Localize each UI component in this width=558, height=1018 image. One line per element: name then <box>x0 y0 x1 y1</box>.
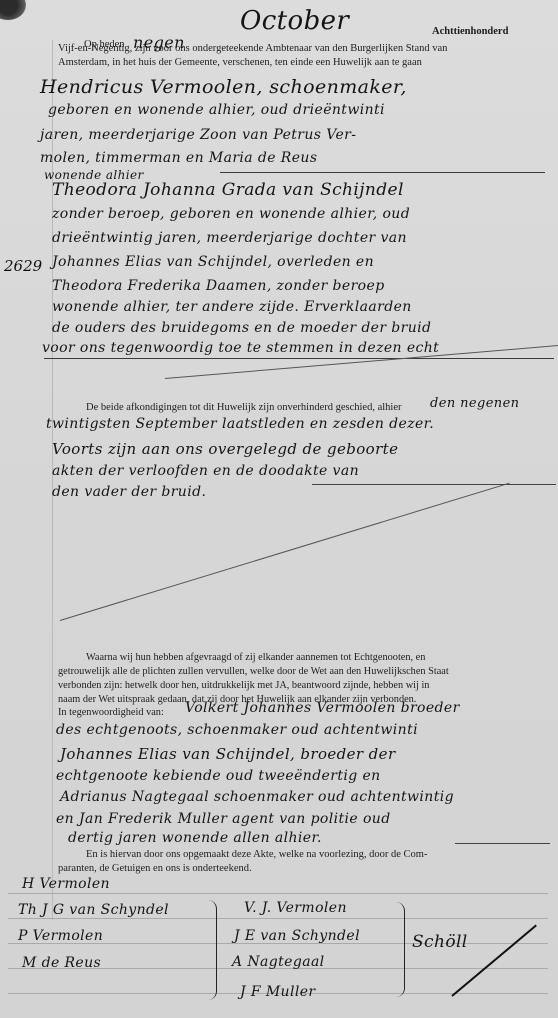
announcements-line-3: akten der verloofden en de doodakte van <box>52 463 359 479</box>
groom-line-4: molen, timmerman en Maria de Reus <box>40 150 317 166</box>
bride-line-5: Theodora Frederika Daamen, zonder beroep <box>52 278 385 294</box>
signature-witness-1: V. J. Vermolen <box>244 900 347 916</box>
witness-line-3: Johannes Elias van Schijndel, broeder de… <box>60 745 396 763</box>
margin-number: 2629 <box>4 257 42 275</box>
witness-line-6: en Jan Frederik Muller agent van politie… <box>56 811 391 827</box>
announcements-line-4: den vader der bruid. <box>52 484 206 500</box>
announcements-line-2: Voorts zijn aan ons overgelegd de geboor… <box>52 440 398 458</box>
signature-witness-3: A Nagtegaal <box>232 954 325 970</box>
witness-end-rule <box>455 843 550 844</box>
cancel-diagonal-2 <box>60 483 510 621</box>
signature-witness-4: J F Muller <box>240 984 316 1000</box>
closing-line-1: En is hiervan door ons opgemaakt deze Ak… <box>86 848 427 862</box>
sig-rule-1 <box>8 893 548 894</box>
witness-line-2: des echtgenoots, schoenmaker oud achtent… <box>56 722 418 738</box>
witness-line-4: echtgenoote kebiende oud tweeëndertig en <box>56 768 381 784</box>
groom-line-2: geboren en wonende alhier, oud drieëntwi… <box>48 102 385 118</box>
declaration-line-2: getrouwelijk alle de plichten zullen ver… <box>58 665 449 679</box>
bride-line-4: Johannes Elias van Schijndel, overleden … <box>52 254 374 270</box>
declaration-line-1: Waarna wij hun hebben afgevraagd of zij … <box>86 651 425 665</box>
bride-line-3: drieëntwintig jaren, meerderjarige docht… <box>52 230 407 246</box>
signature-witness-2: J E van Schyndel <box>234 928 360 944</box>
bride-line-8: voor ons tegenwoordig toe te stemmen in … <box>42 340 439 356</box>
brace-parties <box>208 900 217 1000</box>
groom-line-3: jaren, meerderjarige Zoon van Petrus Ver… <box>40 127 356 143</box>
declaration-line-3: verbonden zijn: hetwelk door hen, uitdru… <box>58 679 429 693</box>
announcements-line-1: twintigsten September laatstleden en zes… <box>46 416 434 432</box>
header-line3: Amsterdam, in het huis der Gemeente, ver… <box>58 56 422 70</box>
bride-end-rule <box>44 358 554 359</box>
sig-rule-2 <box>8 918 548 919</box>
month-handwritten: October <box>240 6 349 36</box>
brace-witnesses <box>396 902 405 997</box>
header-year-word: Achttienhonderd <box>432 25 508 39</box>
announcements-printed: De beide afkondigingen tot dit Huwelijk … <box>86 401 402 415</box>
witness-line-7: dertig jaren wonende allen alhier. <box>68 830 322 846</box>
bride-line-7: de ouders des bruidegoms en de moeder de… <box>52 320 431 336</box>
signature-groom: H Vermolen <box>22 876 110 892</box>
header-line2: Vijf-en-Negentig, zijn voor ons onderget… <box>58 42 447 56</box>
witness-label: In tegenwoordigheid van: <box>58 706 164 720</box>
witness-line-1: Volkert Johannes Vermoolen broeder <box>185 700 460 716</box>
witness-line-5: Adrianus Nagtegaal schoenmaker oud achte… <box>60 789 454 805</box>
closing-line-2: paranten, de Getuigen en ons is ondertee… <box>58 862 252 876</box>
ink-blot <box>0 0 26 20</box>
bride-line-6: wonende alhier, ter andere zijde. Erverk… <box>52 299 412 315</box>
signature-official: Schöll <box>412 932 468 952</box>
bride-line-2: zonder beroep, geboren en wonende alhier… <box>52 206 410 222</box>
signature-bride: Th J G van Schyndel <box>18 902 169 918</box>
signature-groom-father: P Vermolen <box>18 928 103 944</box>
groom-line-1: Hendricus Vermoolen, schoenmaker, <box>40 76 407 98</box>
announcements-date-start: den negenen <box>430 396 519 411</box>
bride-line-1: Theodora Johanna Grada van Schijndel <box>52 180 404 200</box>
signature-groom-mother: M de Reus <box>22 955 101 971</box>
certificate-page: 2629 October Op heden negen Achttienhond… <box>0 0 558 1018</box>
groom-end-rule <box>220 172 545 173</box>
announcements-end-rule <box>312 484 556 485</box>
